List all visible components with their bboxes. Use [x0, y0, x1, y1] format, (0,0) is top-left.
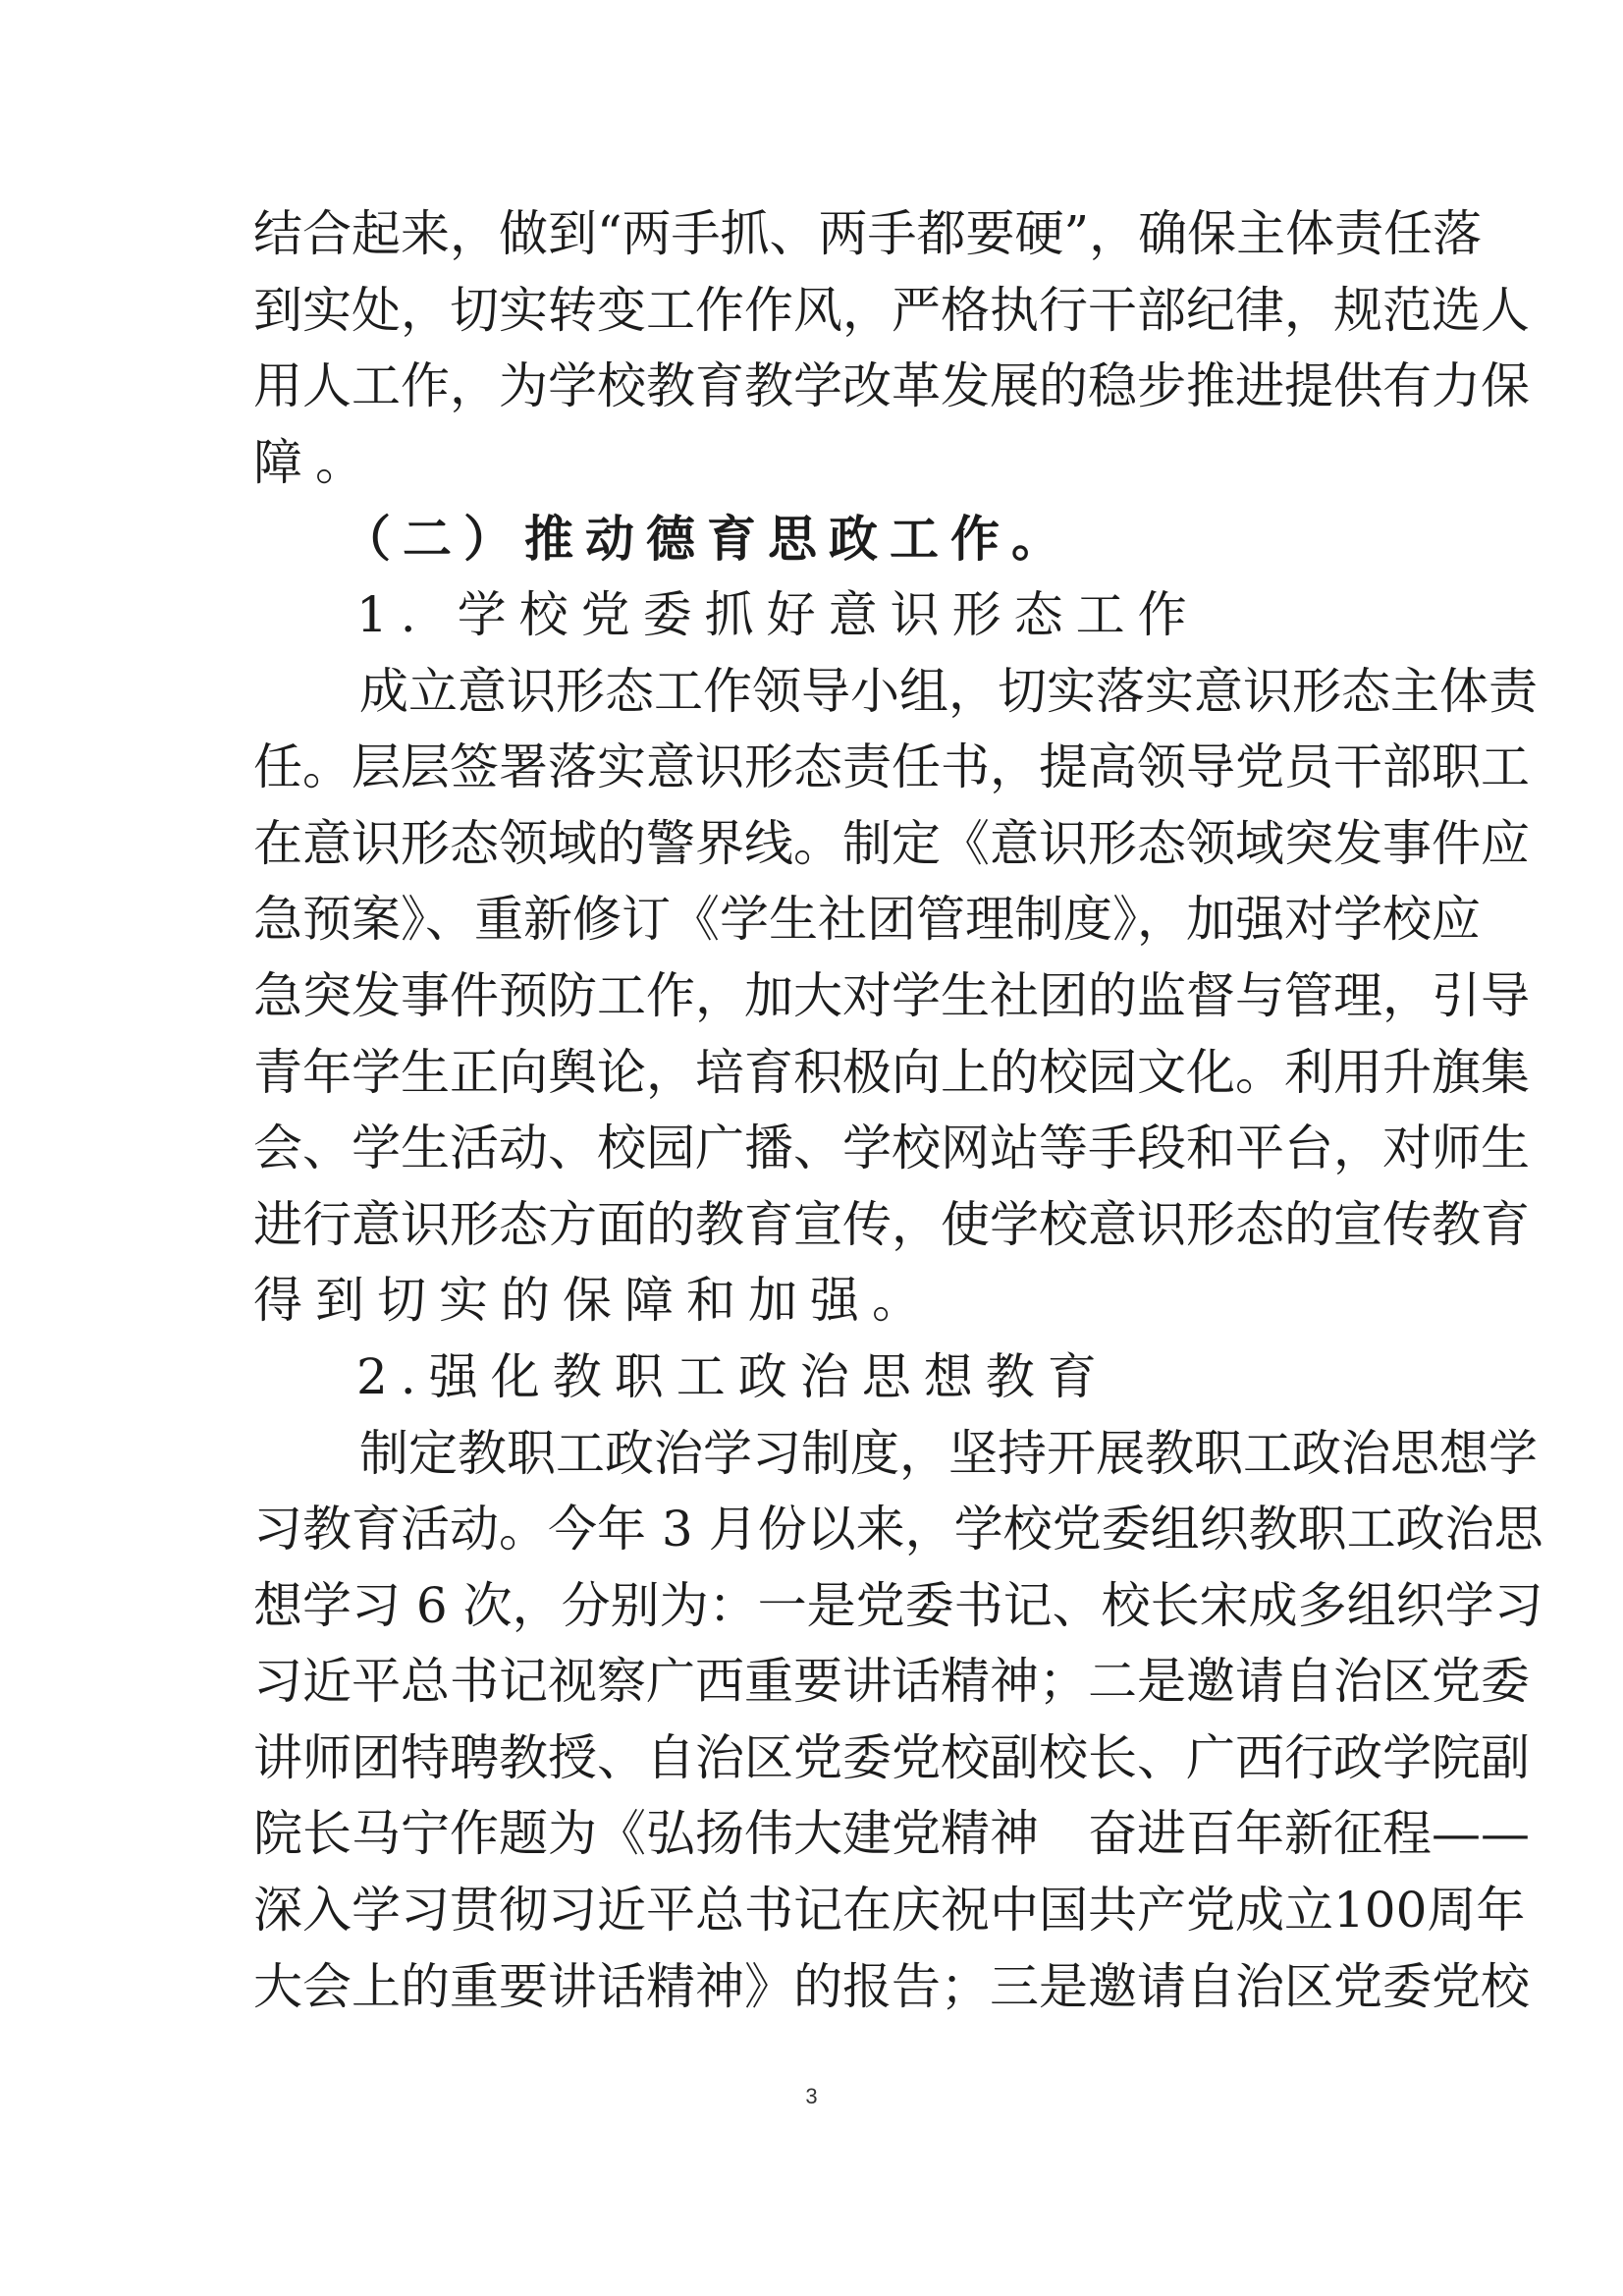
paragraph-line: 习教育活动。今年 3 月份以来，学校党委组织教职工政治思	[253, 1492, 1396, 1568]
paragraph-line: 障。	[253, 425, 1396, 502]
paragraph-line: 青年学生正向舆论，培育积极向上的校园文化。利用升旗集	[253, 1035, 1396, 1112]
paragraph-line: 深入学习贯彻习近平总书记在庆祝中国共产党成立100周年	[253, 1873, 1396, 1949]
paragraph-line: 大会上的重要讲话精神》的报告；三是邀请自治区党委党校	[253, 1949, 1396, 2026]
section-heading: （二）推动德育思政工作。	[253, 501, 1396, 577]
paragraph-line: 制定教职工政治学习制度，坚持开展教职工政治思想学	[253, 1416, 1396, 1493]
paragraph-line: 在意识形态领域的警界线。制定《意识形态领域突发事件应	[253, 806, 1396, 883]
paragraph-line: 急预案》、重新修订《学生社团管理制度》，加强对学校应	[253, 882, 1396, 958]
paragraph-line: 想学习 6 次，分别为：一是党委书记、校长宋成多组织学习	[253, 1568, 1396, 1645]
page-number: 3	[0, 2084, 1623, 2109]
paragraph-line: 会、学生活动、校园广播、学校网站等手段和平台，对师生	[253, 1111, 1396, 1187]
paragraph-line: 讲师团特聘教授、自治区党委党校副校长、广西行政学院副	[253, 1721, 1396, 1797]
paragraph-line: 院长马宁作题为《弘扬伟大建党精神 奋进百年新征程——	[253, 1796, 1396, 1873]
paragraph-line: 结合起来，做到“两手抓、两手都要硬”，确保主体责任落	[253, 196, 1396, 273]
paragraph-line: 用人工作，为学校教育教学改革发展的稳步推进提供有力保	[253, 349, 1396, 425]
document-body: 结合起来，做到“两手抓、两手都要硬”，确保主体责任落 到实处，切实转变工作作风，…	[253, 196, 1396, 2025]
paragraph-line: 急突发事件预防工作，加大对学生社团的监督与管理，引导	[253, 958, 1396, 1035]
paragraph-line: 进行意识形态方面的教育宣传，使学校意识形态的宣传教育	[253, 1187, 1396, 1264]
paragraph-line: 成立意识形态工作领导小组，切实落实意识形态主体责	[253, 654, 1396, 731]
subsection-heading: 1. 学校党委抓好意识形态工作	[253, 577, 1396, 654]
subsection-heading: 2.强化教职工政治思想教育	[253, 1339, 1396, 1416]
paragraph-line: 得到切实的保障和加强。	[253, 1263, 1396, 1339]
paragraph-line: 任。层层签署落实意识形态责任书，提高领导党员干部职工	[253, 730, 1396, 806]
paragraph-line: 习近平总书记视察广西重要讲话精神；二是邀请自治区党委	[253, 1644, 1396, 1721]
paragraph-line: 到实处，切实转变工作作风，严格执行干部纪律，规范选人	[253, 273, 1396, 350]
